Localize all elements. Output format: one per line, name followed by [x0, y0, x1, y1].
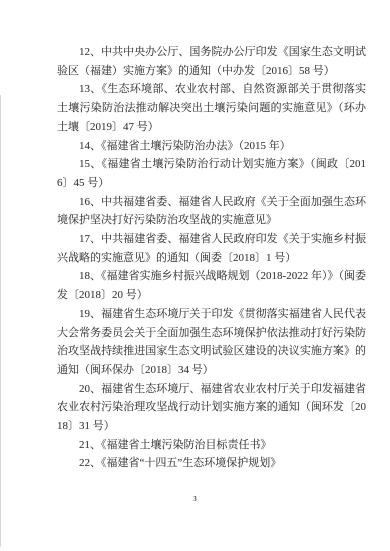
list-item: 15、《福建省土壤污染防治行动计划实施方案》（闽政〔2016〕45 号）	[57, 155, 366, 192]
list-item: 17、中共福建省委、福建省人民政府印发《关于实施乡村振兴战略的实施意见》的通知（…	[57, 230, 366, 267]
list-item: 18、《福建省实施乡村振兴战略规划（2018-2022 年）》（闽委发〔2018…	[57, 267, 366, 304]
document-page: 12、中共中央办公厅、国务院办公厅印发《国家生态文明试验区（福建）实施方案》的通…	[0, 0, 390, 551]
page-number: 3	[0, 495, 390, 503]
list-item: 19、福建省生态环境厅关于印发《贯彻落实福建省人民代表大会常务委员会关于全面加强…	[57, 305, 366, 380]
list-item: 16、中共福建省委、福建省人民政府《关于全面加强生态环境保护坚决打好污染防治攻坚…	[57, 193, 366, 230]
list-item: 20、福建省生态环境厅、福建省农业农村厅关于印发福建省农业农村污染治理攻坚战行动…	[57, 380, 366, 436]
list-item: 12、中共中央办公厅、国务院办公厅印发《国家生态文明试验区（福建）实施方案》的通…	[57, 43, 366, 80]
list-item: 13、《生态环境部、农业农村部、自然资源部关于贯彻落实土壤污染防治法推动解决突出…	[57, 80, 366, 136]
scan-edge-artifact	[0, 95, 1, 547]
document-body: 12、中共中央办公厅、国务院办公厅印发《国家生态文明试验区（福建）实施方案》的通…	[57, 43, 366, 473]
list-item: 21、《福建省土壤污染防治目标责任书》	[57, 436, 366, 455]
list-item: 14、《福建省土壤污染防治办法》（2015 年）	[57, 137, 366, 156]
list-item: 22、《福建省“十四五”生态环境保护规划》	[57, 454, 366, 473]
